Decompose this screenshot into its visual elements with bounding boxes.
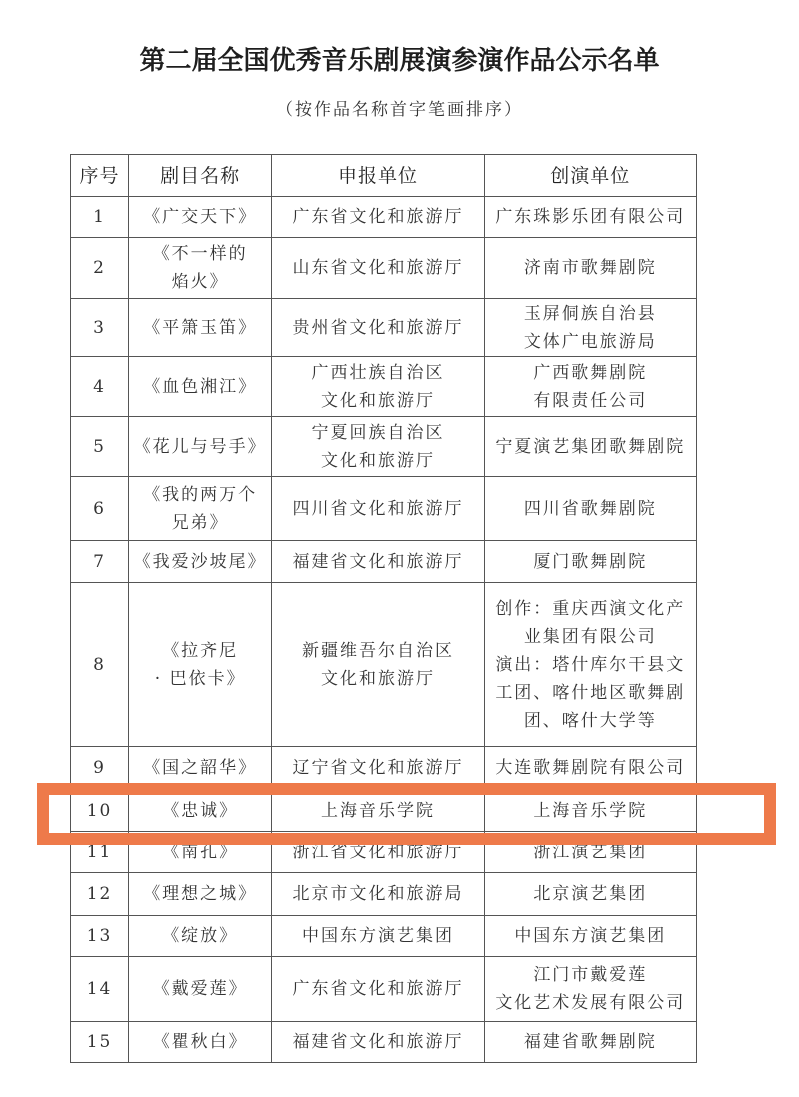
cell-text-line: 广东珠影乐团有限公司 [489, 203, 692, 231]
program-list-table: 序号 剧目名称 申报单位 创演单位 1《广交天下》广东省文化和旅游厅广东珠影乐团… [70, 154, 697, 1063]
cell-program-name: 《平箫玉笛》 [129, 299, 272, 357]
cell-number: 4 [71, 357, 129, 417]
cell-text-line: 《拉齐尼 [133, 637, 267, 665]
cell-text-line: 山东省文化和旅游厅 [276, 254, 479, 282]
cell-text-line: 文化和旅游厅 [276, 447, 479, 475]
cell-producer: 厦门歌舞剧院 [484, 541, 696, 583]
cell-producer: 大连歌舞剧院有限公司 [484, 747, 696, 790]
cell-number: 14 [71, 957, 129, 1022]
cell-text-line: 《忠诚》 [133, 797, 267, 825]
cell-applicant: 辽宁省文化和旅游厅 [272, 747, 484, 790]
cell-applicant: 北京市文化和旅游局 [272, 873, 484, 916]
cell-producer: 济南市歌舞剧院 [484, 238, 696, 299]
table-row: 3《平箫玉笛》贵州省文化和旅游厅玉屏侗族自治县文体广电旅游局 [71, 299, 697, 357]
cell-producer: 中国东方演艺集团 [484, 916, 696, 957]
cell-text-line: 贵州省文化和旅游厅 [276, 314, 479, 342]
cell-text-line: · 巴依卡》 [133, 665, 267, 693]
table-row: 4《血色湘江》广西壮族自治区文化和旅游厅广西歌舞剧院有限责任公司 [71, 357, 697, 417]
cell-text-line: 广东省文化和旅游厅 [276, 975, 479, 1003]
table-row: 1《广交天下》广东省文化和旅游厅广东珠影乐团有限公司 [71, 197, 697, 238]
cell-program-name: 《我爱沙坡尾》 [129, 541, 272, 583]
table-row: 7《我爱沙坡尾》福建省文化和旅游厅厦门歌舞剧院 [71, 541, 697, 583]
header-producer: 创演单位 [484, 155, 696, 197]
cell-applicant: 浙江省文化和旅游厅 [272, 832, 484, 873]
cell-program-name: 《理想之城》 [129, 873, 272, 916]
table-row: 2《不一样的焰火》山东省文化和旅游厅济南市歌舞剧院 [71, 238, 697, 299]
table-row: 5《花儿与号手》宁夏回族自治区文化和旅游厅宁夏演艺集团歌舞剧院 [71, 417, 697, 477]
cell-text-line: 《我的两万个 [133, 481, 267, 509]
table-row: 6《我的两万个兄弟》四川省文化和旅游厅四川省歌舞剧院 [71, 477, 697, 541]
table-header-row: 序号 剧目名称 申报单位 创演单位 [71, 155, 697, 197]
header-number: 序号 [71, 155, 129, 197]
cell-text-line: 福建省歌舞剧院 [489, 1028, 692, 1056]
document-subtitle: （按作品名称首字笔画排序） [0, 95, 799, 120]
cell-text-line: 业集团有限公司 [489, 623, 692, 651]
cell-producer: 创作：重庆西演文化产业集团有限公司演出：塔什库尔干县文工团、喀什地区歌舞剧团、喀… [484, 583, 696, 747]
cell-applicant: 四川省文化和旅游厅 [272, 477, 484, 541]
header-applicant: 申报单位 [272, 155, 484, 197]
cell-program-name: 《拉齐尼· 巴依卡》 [129, 583, 272, 747]
cell-text-line: 广西壮族自治区 [276, 359, 479, 387]
cell-text-line: 文化艺术发展有限公司 [489, 989, 692, 1017]
cell-number: 5 [71, 417, 129, 477]
cell-producer: 广东珠影乐团有限公司 [484, 197, 696, 238]
cell-producer: 江门市戴爱莲文化艺术发展有限公司 [484, 957, 696, 1022]
cell-producer: 浙江演艺集团 [484, 832, 696, 873]
cell-text-line: 《戴爱莲》 [133, 975, 267, 1003]
cell-producer: 福建省歌舞剧院 [484, 1022, 696, 1063]
cell-program-name: 《花儿与号手》 [129, 417, 272, 477]
cell-number: 15 [71, 1022, 129, 1063]
cell-text-line: 中国东方演艺集团 [489, 922, 692, 950]
cell-text-line: 北京市文化和旅游局 [276, 880, 479, 908]
cell-number: 9 [71, 747, 129, 790]
cell-text-line: 浙江演艺集团 [489, 838, 692, 866]
cell-text-line: 《广交天下》 [133, 203, 267, 231]
cell-text-line: 广西歌舞剧院 [489, 359, 692, 387]
cell-text-line: 演出：塔什库尔干县文 [489, 651, 692, 679]
cell-program-name: 《血色湘江》 [129, 357, 272, 417]
cell-applicant: 中国东方演艺集团 [272, 916, 484, 957]
table-row: 8《拉齐尼· 巴依卡》新疆维吾尔自治区文化和旅游厅创作：重庆西演文化产业集团有限… [71, 583, 697, 747]
cell-text-line: 《南孔》 [133, 838, 267, 866]
cell-number: 6 [71, 477, 129, 541]
cell-text-line: 工团、喀什地区歌舞剧 [489, 679, 692, 707]
cell-text-line: 四川省文化和旅游厅 [276, 495, 479, 523]
cell-text-line: 《不一样的 [133, 240, 267, 268]
cell-text-line: 团、喀什大学等 [489, 707, 692, 735]
cell-text-line: 创作：重庆西演文化产 [489, 595, 692, 623]
cell-text-line: 文化和旅游厅 [276, 665, 479, 693]
cell-text-line: 《血色湘江》 [133, 373, 267, 401]
cell-producer: 北京演艺集团 [484, 873, 696, 916]
cell-program-name: 《南孔》 [129, 832, 272, 873]
cell-text-line: 四川省歌舞剧院 [489, 495, 692, 523]
cell-text-line: 上海音乐学院 [276, 797, 479, 825]
table-row-highlighted: 10《忠诚》上海音乐学院上海音乐学院 [71, 790, 697, 832]
cell-producer: 宁夏演艺集团歌舞剧院 [484, 417, 696, 477]
cell-text-line: 《瞿秋白》 [133, 1028, 267, 1056]
cell-applicant: 广东省文化和旅游厅 [272, 197, 484, 238]
table-row: 11《南孔》浙江省文化和旅游厅浙江演艺集团 [71, 832, 697, 873]
cell-text-line: 兄弟》 [133, 509, 267, 537]
cell-text-line: 福建省文化和旅游厅 [276, 1028, 479, 1056]
cell-program-name: 《瞿秋白》 [129, 1022, 272, 1063]
table-row: 14《戴爱莲》广东省文化和旅游厅江门市戴爱莲文化艺术发展有限公司 [71, 957, 697, 1022]
cell-text-line: 北京演艺集团 [489, 880, 692, 908]
cell-text-line: 宁夏回族自治区 [276, 419, 479, 447]
table-row: 9《国之韶华》辽宁省文化和旅游厅大连歌舞剧院有限公司 [71, 747, 697, 790]
cell-applicant: 上海音乐学院 [272, 790, 484, 832]
table-row: 15《瞿秋白》福建省文化和旅游厅福建省歌舞剧院 [71, 1022, 697, 1063]
table-row: 12《理想之城》北京市文化和旅游局北京演艺集团 [71, 873, 697, 916]
cell-program-name: 《我的两万个兄弟》 [129, 477, 272, 541]
cell-applicant: 新疆维吾尔自治区文化和旅游厅 [272, 583, 484, 747]
cell-text-line: 济南市歌舞剧院 [489, 254, 692, 282]
cell-applicant: 福建省文化和旅游厅 [272, 541, 484, 583]
cell-applicant: 山东省文化和旅游厅 [272, 238, 484, 299]
cell-program-name: 《广交天下》 [129, 197, 272, 238]
cell-text-line: 浙江省文化和旅游厅 [276, 838, 479, 866]
header-program-name: 剧目名称 [129, 155, 272, 197]
cell-text-line: 广东省文化和旅游厅 [276, 203, 479, 231]
cell-text-line: 新疆维吾尔自治区 [276, 637, 479, 665]
cell-text-line: 文体广电旅游局 [489, 328, 692, 356]
cell-number: 12 [71, 873, 129, 916]
cell-text-line: 《绽放》 [133, 922, 267, 950]
cell-number: 13 [71, 916, 129, 957]
cell-text-line: 《理想之城》 [133, 880, 267, 908]
cell-text-line: 《平箫玉笛》 [133, 314, 267, 342]
table-body: 1《广交天下》广东省文化和旅游厅广东珠影乐团有限公司2《不一样的焰火》山东省文化… [71, 197, 697, 1063]
cell-applicant: 贵州省文化和旅游厅 [272, 299, 484, 357]
cell-text-line: 中国东方演艺集团 [276, 922, 479, 950]
cell-number: 3 [71, 299, 129, 357]
cell-applicant: 福建省文化和旅游厅 [272, 1022, 484, 1063]
cell-text-line: 厦门歌舞剧院 [489, 548, 692, 576]
table-row: 13《绽放》中国东方演艺集团中国东方演艺集团 [71, 916, 697, 957]
cell-text-line: 玉屏侗族自治县 [489, 300, 692, 328]
cell-number: 7 [71, 541, 129, 583]
cell-applicant: 广东省文化和旅游厅 [272, 957, 484, 1022]
cell-number: 10 [71, 790, 129, 832]
cell-producer: 广西歌舞剧院有限责任公司 [484, 357, 696, 417]
cell-text-line: 《花儿与号手》 [133, 433, 267, 461]
cell-text-line: 文化和旅游厅 [276, 387, 479, 415]
cell-producer: 上海音乐学院 [484, 790, 696, 832]
cell-text-line: 福建省文化和旅游厅 [276, 548, 479, 576]
cell-text-line: 辽宁省文化和旅游厅 [276, 754, 479, 782]
cell-text-line: 《我爱沙坡尾》 [133, 548, 267, 576]
cell-number: 1 [71, 197, 129, 238]
cell-number: 2 [71, 238, 129, 299]
cell-text-line: 大连歌舞剧院有限公司 [489, 754, 692, 782]
cell-text-line: 宁夏演艺集团歌舞剧院 [489, 433, 692, 461]
cell-program-name: 《国之韶华》 [129, 747, 272, 790]
cell-program-name: 《戴爱莲》 [129, 957, 272, 1022]
cell-text-line: 江门市戴爱莲 [489, 961, 692, 989]
cell-applicant: 广西壮族自治区文化和旅游厅 [272, 357, 484, 417]
cell-program-name: 《忠诚》 [129, 790, 272, 832]
cell-producer: 玉屏侗族自治县文体广电旅游局 [484, 299, 696, 357]
cell-applicant: 宁夏回族自治区文化和旅游厅 [272, 417, 484, 477]
cell-producer: 四川省歌舞剧院 [484, 477, 696, 541]
cell-text-line: 上海音乐学院 [489, 797, 692, 825]
cell-text-line: 《国之韶华》 [133, 754, 267, 782]
document-title: 第二届全国优秀音乐剧展演参演作品公示名单 [0, 40, 799, 77]
cell-program-name: 《不一样的焰火》 [129, 238, 272, 299]
cell-program-name: 《绽放》 [129, 916, 272, 957]
cell-text-line: 有限责任公司 [489, 387, 692, 415]
cell-number: 8 [71, 583, 129, 747]
cell-text-line: 焰火》 [133, 268, 267, 296]
cell-number: 11 [71, 832, 129, 873]
